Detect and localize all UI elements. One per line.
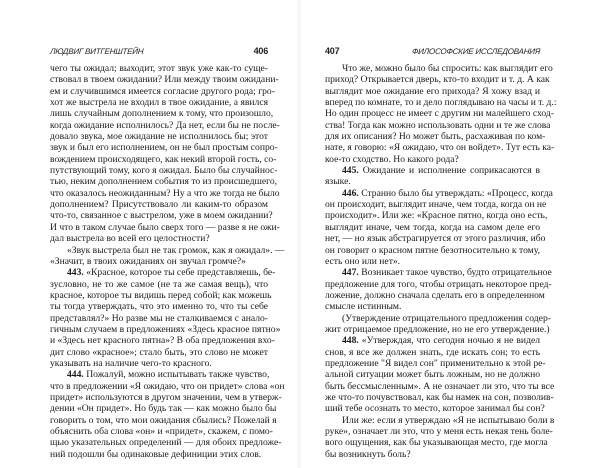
text-line: чего ты ожидал; выходит, этот звук уже к… — [50, 63, 268, 74]
text-line: вого ощущения, как бы указывающая место,… — [325, 437, 540, 448]
running-head-right: 407 ФИЛОСОФСКИЕ ИССЛЕДОВАНИЯ — [325, 46, 540, 58]
running-head-left: ЛЮДВИГ ВИТГЕНШТЕЙН 406 — [50, 46, 268, 58]
left-page-body: чего ты ожидал; выходит, этот звук уже к… — [50, 63, 268, 460]
text-line: указывать на наличие чего-то красного. — [50, 358, 268, 369]
text-line: выглядит мое ожидание его прихода? Я хож… — [325, 86, 540, 97]
text-line: придет» используются в другом значении, … — [50, 392, 268, 403]
text-line: тью, неким дополнением события то из про… — [50, 176, 268, 187]
text-line: (Утверждение отрицательного предложения … — [325, 313, 540, 324]
page-number-left: 406 — [254, 46, 268, 56]
text-line: кое-то сходство. Но какого рода? — [325, 154, 540, 165]
text-line: Что же, можно было бы спросить: как выгл… — [325, 63, 540, 74]
text-line: нате, я говорю: «Я ожидаю, что он войдет… — [325, 142, 540, 153]
page-number-right: 407 — [325, 46, 339, 56]
text-line: он происходит, выглядит иначе, чем тогда… — [325, 199, 540, 210]
section-start-line: 444. Пожалуй, можно испытывать также чув… — [50, 369, 268, 380]
text-line: быть бессмысленным». А не означает ли эт… — [325, 381, 540, 392]
author-name: ЛЮДВИГ ВИТГЕНШТЕЙН — [50, 47, 144, 56]
text-line: что-то, связанное с выстрелом, уже в мое… — [50, 210, 268, 221]
text-line: вперед по комнате, то и дело поглядываю … — [325, 97, 540, 108]
text-line: приход? Открывается дверь, кто-то входит… — [325, 74, 540, 85]
text-line: красное, которое ты видишь перед собой; … — [50, 290, 268, 301]
text-line: И что в таком случае было сверх того — р… — [50, 222, 268, 233]
section-start-line: 447. Возникает такое чувство, будто отри… — [325, 267, 540, 278]
text-line: же что-то почувствовал, как бы намек на … — [325, 392, 540, 403]
text-line: что оказалось неожиданным? Ну а что же т… — [50, 188, 268, 199]
section-start-line: 443. «Красное, которое ты себе представл… — [50, 267, 268, 278]
book-title: ФИЛОСОФСКИЕ ИССЛЕДОВАНИЯ — [412, 47, 541, 56]
text-line: он говорит о красном пятне безотноситель… — [325, 245, 540, 256]
text-line: зусловно, не то же самое (не та же самая… — [50, 279, 268, 290]
text-line: ем и случившимся имеется согласие другог… — [50, 86, 268, 97]
text-line: представлял?» Но разве мы не сталкиваемс… — [50, 313, 268, 324]
section-number: 443. — [67, 267, 84, 278]
text-line: дополнением? Присутствовало ли каким-то … — [50, 199, 268, 210]
text-line: ложение, должно сначала сделать его в оп… — [325, 290, 540, 301]
section-start-line: 448. «Утверждая, что сегодня ночью я не … — [325, 335, 540, 346]
text-line: дал выстрела во всей его целостности? — [50, 233, 268, 244]
text-line: языке. — [325, 176, 540, 187]
text-line: руке», означает ли это, что у меня есть … — [325, 426, 540, 437]
text-line: «Значит, в твоих ожиданиях он звучал гро… — [50, 256, 268, 267]
text-line: довало звука, мое ожидание не исполнилос… — [50, 131, 268, 142]
section-number: 445. — [342, 165, 359, 176]
text-line: выглядит иначе, чем тогда, когда на само… — [325, 222, 540, 233]
text-line: для их описания? Но может быть, расхажив… — [325, 131, 540, 142]
section-number: 446. — [342, 188, 359, 199]
section-number: 447. — [342, 267, 359, 278]
right-page-body: Что же, можно было бы спросить: как выгл… — [325, 63, 540, 460]
text-line: гичным случаем в предложениях «Здесь кра… — [50, 324, 268, 335]
text-line: ший тебе осознать то место, которое зани… — [325, 403, 540, 414]
text-line: что в предложении «Я ожидаю, что он прид… — [50, 381, 268, 392]
text-line: снов, я все же должен знать, где искать … — [325, 347, 540, 358]
text-line: ний подошли бы одинаковые дефиниции этих… — [50, 449, 268, 460]
section-number: 444. — [67, 369, 84, 380]
section-start-line: 445. Ожидание и исполнение соприкасаются… — [325, 165, 540, 176]
text-line: вождением происходящего, как некий второ… — [50, 154, 268, 165]
text-line: смысле истинным. — [325, 301, 540, 312]
text-line: дит слово «красное»; стало быть, это сло… — [50, 347, 268, 358]
text-line: хот же выстрела не входил в твое ожидани… — [50, 97, 268, 108]
text-line: нет, — но язык абстрагируется от этого р… — [325, 233, 540, 244]
text-line: говорить о том, что мои ожидания сбылись… — [50, 415, 268, 426]
text-line: щью указательных определений — для обоих… — [50, 437, 268, 448]
text-line: жит отрицаемое предложение, но не его ут… — [325, 324, 540, 335]
text-line: ствовал в твоем ожидании? Или между твои… — [50, 74, 268, 85]
text-line: есть оно или нет». — [325, 256, 540, 267]
text-line: ства! Тогда как можно использовать одни … — [325, 120, 540, 131]
text-line: альной ситуации может быть ложным, но не… — [325, 369, 540, 380]
text-line: лишь случайным дополнением к тому, что п… — [50, 108, 268, 119]
left-page: ЛЮДВИГ ВИТГЕНШТЕЙН 406 чего ты ожидал; в… — [0, 0, 300, 468]
text-line: предложение для того, чтобы отрицать нек… — [325, 279, 540, 290]
text-line: путствующий тому, кого я ожидал. Было бы… — [50, 165, 268, 176]
text-line: когда ожидание исполнилось? Да нет, если… — [50, 120, 268, 131]
text-line: «Звук выстрела был не так громок, как я … — [50, 245, 268, 256]
section-start-line: 446. Странно было бы утверждать: «Процес… — [325, 188, 540, 199]
text-line: дении «Он придет». Но будь так — как мож… — [50, 403, 268, 414]
text-line: и «Здесь нет красного пятна»? В оба пред… — [50, 335, 268, 346]
section-number: 448. — [342, 335, 359, 346]
text-line: объяснить оба слова «он» и «придет», ска… — [50, 426, 268, 437]
text-line: бы возникнуть боль? — [325, 449, 540, 460]
text-line: звук и был его исполнением, он не был пр… — [50, 142, 268, 153]
right-page: 407 ФИЛОСОФСКИЕ ИССЛЕДОВАНИЯ Что же, мож… — [300, 0, 600, 468]
text-line: Но один процесс не имеет с другим ни мал… — [325, 108, 540, 119]
text-line: Или же: если я утверждаю «Я не испытываю… — [325, 415, 540, 426]
text-line: происходит». Или же: «Красное пятно, ког… — [325, 210, 540, 221]
text-line: ты тогда утверждать, что это именно то, … — [50, 301, 268, 312]
text-line: предложение "Я видел сон" применительно … — [325, 358, 540, 369]
